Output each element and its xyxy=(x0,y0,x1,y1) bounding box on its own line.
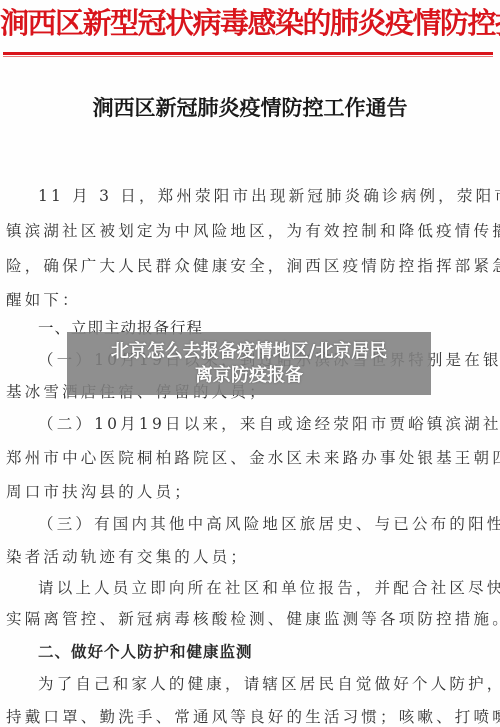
caption-line-1: 北京怎么去报备疫情地区/北京居民 xyxy=(111,340,388,364)
letterhead-divider xyxy=(3,52,493,55)
intro-line: 险，确保广大人民群众健康安全，涧西区疫情防控指挥部紧急提 xyxy=(6,254,496,276)
paragraph-line: 持戴口罩、勤洗手、常通风等良好的生活习惯；咳嗽、打喷嚏时 xyxy=(6,705,496,727)
paragraph-line: （二）10月19日以来，来自或途经荥阳市贾峪镇滨湖社区、 xyxy=(38,412,500,434)
section-heading-2: 二、做好个人防护和健康监测 xyxy=(38,640,500,662)
paragraph-line: 郑州市中心医院桐柏路院区、金水区未来路办事处银基王朝四期、 xyxy=(6,446,496,468)
caption-overlay: 北京怎么去报备疫情地区/北京居民 离京防疫报备 xyxy=(67,332,431,395)
paragraph-line: 实隔离管控、新冠病毒核酸检测、健康监测等各项防控措施。 xyxy=(6,607,496,629)
document-title: 涧西区新冠肺炎疫情防控工作通告 xyxy=(0,92,500,122)
caption-line-2: 离京防疫报备 xyxy=(195,364,303,388)
intro-line: 镇滨湖社区被划定为中风险地区，为有效控制和降低疫情传播风 xyxy=(6,219,496,241)
red-letterhead: 涧西区新型冠状病毒感染的肺炎疫情防控指挥部 xyxy=(0,0,500,50)
paragraph-line: 请以上人员立即向所在社区和单位报告，并配合社区尽快落 xyxy=(38,576,500,598)
paragraph-line: （三）有国内其他中高风险地区旅居史、与已公布的阳性感 xyxy=(38,512,500,534)
paragraph-line: 周口市扶沟县的人员； xyxy=(6,480,496,502)
paragraph-line: 染者活动轨迹有交集的人员； xyxy=(6,545,496,567)
intro-line: 醒如下： xyxy=(6,288,496,310)
document-page: 涧西区新型冠状病毒感染的肺炎疫情防控指挥部 涧西区新冠肺炎疫情防控工作通告 11… xyxy=(0,0,500,727)
intro-line: 11 月 3 日，郑州荥阳市出现新冠肺炎确诊病例，荥阳市贾峪 xyxy=(38,184,500,206)
letterhead-divider-thin xyxy=(3,56,493,57)
paragraph-line: 为了自己和家人的健康，请辖区居民自觉做好个人防护，坚 xyxy=(38,672,500,694)
